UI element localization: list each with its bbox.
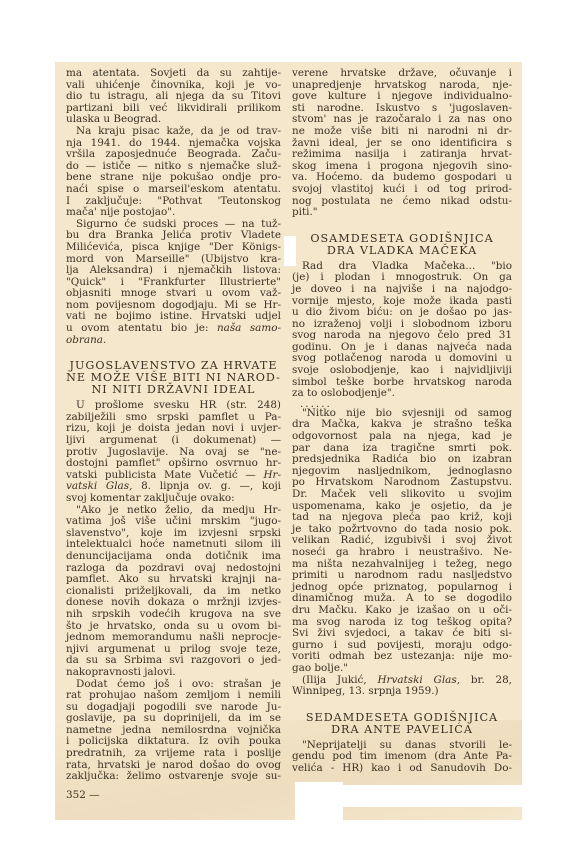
paragraph-line: rat prohujao našom zemljom i nemili xyxy=(66,690,281,702)
paragraph: Rad dra Vladka Mačeka... "bio(je) i plod… xyxy=(292,261,512,400)
citation-line: Winnipeg, 13. srpnja 1959.) xyxy=(292,686,512,698)
section-heading: JUGOSLAVENSTVO ZA HRVATE NE MOŽE VIŠE BI… xyxy=(66,360,281,396)
right-column: verene hrvatske države, očuvanje iunapre… xyxy=(292,68,512,774)
paragraph-line: mača' nije postojao". xyxy=(66,207,281,219)
paragraph-line: noseći ga hrabro i neustrašivo. Ne- xyxy=(292,547,512,559)
paragraph: U prošlome svesku HR (str. 248)zabilježi… xyxy=(66,400,281,481)
paragraph: Dodat ćemo još i ovo: strašan jerat proh… xyxy=(66,679,281,783)
heading-line: DRA ANTE PAVELIĆA xyxy=(331,723,473,736)
paragraph-line: dru Mačku. Kako je izašao on u oči- xyxy=(292,605,512,617)
section-heading: OSAMDESETA GODIŠNJICA DRA VLADKA MAČEKA xyxy=(292,233,512,257)
paragraph-line: predratnih, za vrijeme rata i poslije xyxy=(66,748,281,760)
section-heading: SEDAMDESETA GODIŠNJICA DRA ANTE PAVELIĆA xyxy=(292,712,512,736)
paragraph-line: primiti u narodnom radu nasljedstvo xyxy=(292,570,512,582)
paragraph-line: pamflet. Ako su hrvatski krajnji na- xyxy=(66,574,281,586)
paragraph-line: naći spise o marseil'eskom atentatu. xyxy=(66,184,281,196)
paragraph-line: ne može više biti ni narodni ni dr- xyxy=(292,126,512,138)
paragraph: ma atentata. Sovjeti da su zahtije-vali … xyxy=(66,68,281,126)
italic-text: obrana. xyxy=(66,334,106,346)
paragraph-line: verene hrvatske države, očuvanje i xyxy=(292,68,512,80)
paragraph-line: lja Aleksandra) i njemačkih listova: xyxy=(66,265,281,277)
paragraph-line: Dr. Maček veli slikovito u svojim xyxy=(292,489,512,501)
paragraph: "Neprijatelji su danas stvorili le-gendu… xyxy=(292,740,512,775)
italic-text: vatski Glas, xyxy=(66,480,132,492)
paragraph-line: piti." xyxy=(292,207,512,219)
heading-line: DRA VLADKA MAČEKA xyxy=(327,244,477,257)
paragraph: Sigurno će sudski proces — na tuž-bu dra… xyxy=(66,219,281,335)
italic-text: Hr- xyxy=(256,469,281,481)
paragraph-line: nog postulata ne ćemo nikad odstu- xyxy=(292,196,512,208)
paragraph-line: Na kraju pisac kaže, da je od trav- xyxy=(66,126,281,138)
paragraph-line: Milićevića, pisca knjige "Der Königs- xyxy=(66,242,281,254)
paragraph-line: svoje oslobodjenje, kao i najvidljiviji xyxy=(292,365,512,377)
paragraph-line: obrana. xyxy=(66,335,281,347)
left-column: ma atentata. Sovjeti da su zahtije-vali … xyxy=(66,68,281,783)
italic-text: Hrvatski Glas, xyxy=(378,674,461,686)
paragraph-line: nih srpskih vodećih krugova na sve xyxy=(66,609,281,621)
paragraph-line: Svi živi svjedoci, a takav će biti si- xyxy=(292,628,512,640)
paragraph-line: velića - HR) kao i od Sanudovih Do- xyxy=(292,763,512,775)
paragraph-line: vršila zaposjednuće Beograda. Začu- xyxy=(66,149,281,161)
paragraph: verene hrvatske države, očuvanje iunapre… xyxy=(292,68,512,219)
paragraph-line: ma atentata. Sovjeti da su zahtije- xyxy=(66,68,281,80)
paragraph-line: denuncijacijama onda dotičnik ima xyxy=(66,551,281,563)
paragraph-line: svoj komentar zaključuje ovako: xyxy=(66,493,281,505)
paragraph-line: zaključka: želimo ostvarenje svoje su- xyxy=(66,771,281,783)
paragraph-line: režimima nasilja i zatiranja hrvat- xyxy=(292,149,512,161)
heading-line: NI NITI DRŽAVNI IDEAL xyxy=(91,383,255,396)
quoted-paragraph: "Nitko nije bio svjesniji od samogdra Ma… xyxy=(292,408,512,675)
quoted-paragraph: "Ako je netko želio, da medju Hr-vatima … xyxy=(66,505,281,679)
paragraph-line: nakopravnosti jalovi. xyxy=(66,667,281,679)
paragraph-line: u dio živom biću: on je došao po jas- xyxy=(292,307,512,319)
paragraph-line: je doveo i na najviše i na najodgo- xyxy=(292,284,512,296)
paragraph-line: svojoj vlastitoj kući i od tog prirod- xyxy=(292,184,512,196)
paragraph: Na kraju pisac kaže, da je od trav-nja 1… xyxy=(66,126,281,219)
paragraph-line: jednom memorandumu našli neprocje- xyxy=(66,632,281,644)
italic-text: naša samo- xyxy=(208,322,281,334)
page-number: 352 — xyxy=(66,789,100,801)
paragraph-line: odgovornost pala na njega, kad je xyxy=(292,431,512,443)
paragraph-line: ljivi argumenat (i dokumenat) — xyxy=(66,435,281,447)
scan-gap xyxy=(295,782,343,820)
